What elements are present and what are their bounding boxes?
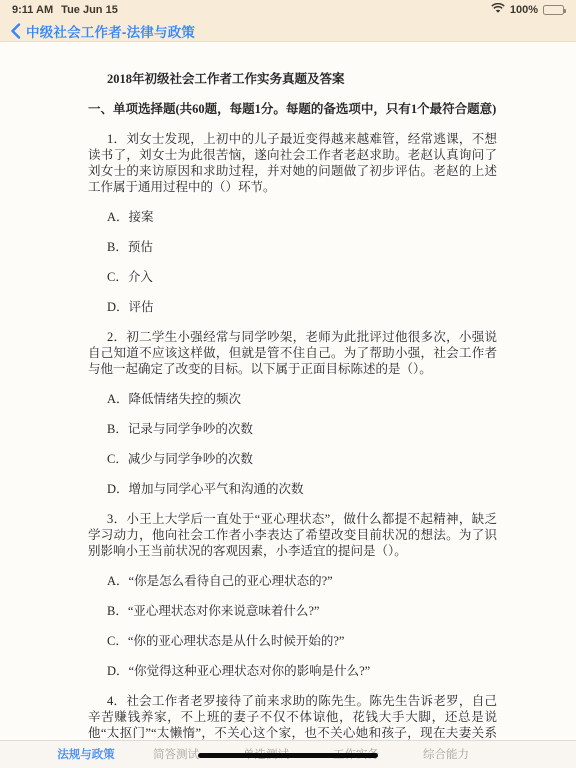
option-a: A．“你是怎么看待自己的亚心理状态的?” (107, 573, 497, 589)
option-c: C．“你的亚心理状态是从什么时候开始的?” (107, 633, 497, 649)
back-button[interactable]: 中级社会工作者-法律与政策 (10, 21, 195, 41)
battery-percent: 100% (510, 4, 538, 16)
option-c: C．减少与同学争吵的次数 (107, 451, 497, 467)
option-b: B．预估 (107, 239, 497, 255)
document-title: 2018年初级社会工作者工作实务真题及答案 (88, 71, 497, 87)
wifi-icon (491, 3, 505, 17)
option-a: A．接案 (107, 209, 497, 225)
tab-laws-and-policies[interactable]: 法规与政策 (41, 746, 131, 762)
status-date: Tue Jun 15 (61, 4, 118, 16)
section-heading: 一、单项选择题(共60题，每题1分。每题的备选项中，只有1个最符合题意) (88, 101, 497, 117)
option-c: C．介入 (107, 269, 497, 285)
status-bar: 9:11 AM Tue Jun 15 100% (0, 0, 576, 20)
battery-icon (543, 5, 564, 15)
option-d: D．增加与同学心平气和沟通的次数 (107, 481, 497, 497)
home-indicator[interactable] (198, 753, 378, 758)
status-time: 9:11 AM (12, 4, 53, 16)
option-d: D．“你觉得这种亚心理状态对你的影响是什么?” (107, 663, 497, 679)
option-a: A．降低情绪失控的频次 (107, 391, 497, 407)
tab-comprehensive-ability[interactable]: 综合能力 (401, 746, 491, 762)
document-scroll-area[interactable]: 2018年初级社会工作者工作实务真题及答案 一、单项选择题(共60题，每题1分。… (0, 43, 576, 740)
chevron-left-icon (10, 23, 21, 39)
question-text: 4．社会工作者老罗接待了前来求助的陈先生。陈先生告诉老罗，自己辛苦赚钱养家，不上… (88, 693, 497, 740)
option-b: B．“亚心理状态对你来说意味着什么?” (107, 603, 497, 619)
option-b: B．记录与同学争吵的次数 (107, 421, 497, 437)
question-text: 1．刘女士发现，上初中的儿子最近变得越来越难管，经常逃课，不想读书了，刘女士为此… (88, 131, 497, 195)
option-d: D．评估 (107, 299, 497, 315)
question-text: 3．小王上大学后一直处于“亚心理状态”，做什么都提不起精神，缺乏学习动力，他向社… (88, 511, 497, 559)
bottom-tab-bar: 法规与政策 简答测试 单选测试 工作实务 综合能力 (0, 740, 576, 768)
question-text: 2．初二学生小强经常与同学吵架，老师为此批评过他很多次，小强说自己知道不应该这样… (88, 329, 497, 377)
nav-back-title: 中级社会工作者-法律与政策 (26, 21, 195, 41)
nav-bar: 中级社会工作者-法律与政策 (0, 20, 576, 42)
